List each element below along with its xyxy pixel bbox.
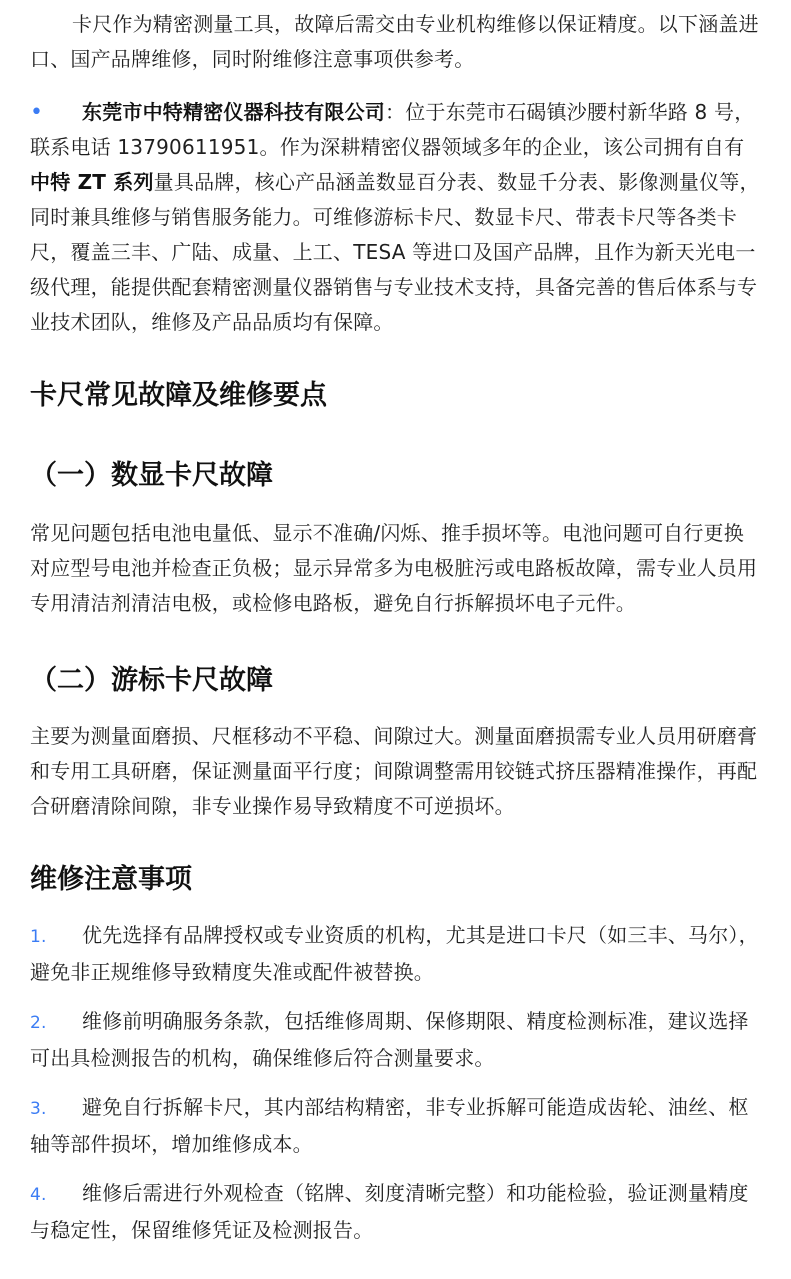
digital-fault-paragraph: 常见问题包括电池电量低、显示不准确/闪烁、推手损坏等。电池问题可自行更换对应型号… (30, 516, 761, 621)
company-brand: 中特 ZT 系列 (30, 170, 154, 194)
note-text: 维修后需进行外观检查（铭牌、刻度清晰完整）和功能检验，验证测量精度与稳定性，保留… (30, 1181, 749, 1242)
note-text: 维修前明确服务条款，包括维修周期、保修期限、精度检测标准，建议选择可出具检测报告… (30, 1009, 749, 1070)
vernier-fault-paragraph: 主要为测量面磨损、尺框移动不平稳、间隙过大。测量面磨损需专业人员用研磨膏和专用工… (30, 719, 761, 824)
section-title-notes: 维修注意事项 (30, 860, 761, 900)
note-number: 1. (30, 920, 82, 955)
note-number: 3. (30, 1092, 82, 1127)
subsection-title-digital: （一）数显卡尺故障 (30, 456, 761, 496)
note-number: 2. (30, 1006, 82, 1041)
note-item: 4.维修后需进行外观检查（铭牌、刻度清晰完整）和功能检验，验证测量精度与稳定性，… (30, 1176, 761, 1248)
note-number: 4. (30, 1178, 82, 1213)
section-title-faults: 卡尺常见故障及维修要点 (30, 376, 761, 416)
note-text: 优先选择有品牌授权或专业资质的机构，尤其是进口卡尺（如三丰、马尔），避免非正规维… (30, 923, 759, 984)
subsection-title-vernier: （二）游标卡尺故障 (30, 661, 761, 701)
intro-paragraph: 卡尺作为精密测量工具，故障后需交由专业机构维修以保证精度。以下涵盖进口、国产品牌… (30, 0, 761, 77)
note-text: 避免自行拆解卡尺，其内部结构精密，非专业拆解可能造成齿轮、油丝、枢轴等部件损坏，… (30, 1095, 749, 1156)
bullet-dot-icon: • (30, 95, 82, 130)
company-list-item: •东莞市中特精密仪器科技有限公司：位于东莞市石碣镇沙腰村新华路 8 号，联系电话… (30, 95, 761, 340)
company-name: 东莞市中特精密仪器科技有限公司 (82, 100, 385, 124)
article: 卡尺作为精密测量工具，故障后需交由专业机构维修以保证精度。以下涵盖进口、国产品牌… (0, 0, 791, 1248)
note-item: 2.维修前明确服务条款，包括维修周期、保修期限、精度检测标准，建议选择可出具检测… (30, 1004, 761, 1076)
note-item: 3.避免自行拆解卡尺，其内部结构精密，非专业拆解可能造成齿轮、油丝、枢轴等部件损… (30, 1090, 761, 1162)
notes-list: 1.优先选择有品牌授权或专业资质的机构，尤其是进口卡尺（如三丰、马尔），避免非正… (30, 918, 761, 1248)
company-text-2: 量具品牌，核心产品涵盖数显百分表、数显千分表、影像测量仪等，同时兼具维修与销售服… (30, 170, 760, 334)
note-item: 1.优先选择有品牌授权或专业资质的机构，尤其是进口卡尺（如三丰、马尔），避免非正… (30, 918, 761, 990)
